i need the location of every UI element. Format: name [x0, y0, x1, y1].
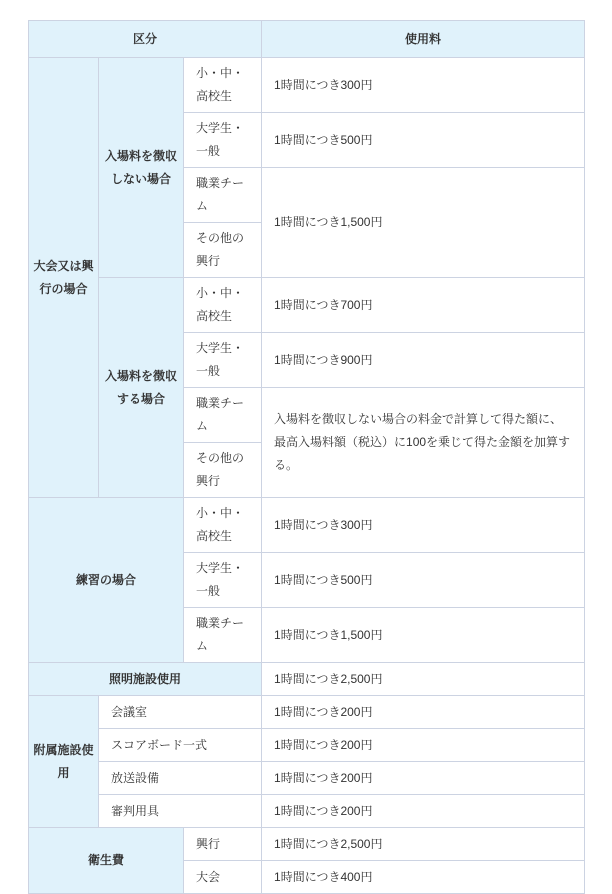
fee-value: 1時間につき300円	[262, 58, 585, 113]
group-label-no-admission: 入場料を徴収しない場合	[99, 58, 184, 278]
page: 区分 使用料 大会又は興行の場合 入場料を徴収しない場合 小・中・高校生 1時間…	[0, 0, 612, 870]
fee-value: 1時間につき500円	[262, 113, 585, 168]
fee-value-note: 入場料を徴収しない場合の料金で計算して得た額に、最高入場料額（税込）に100を乗…	[262, 388, 585, 498]
table-row: スコアボード一式 1時間につき200円	[29, 729, 585, 762]
fee-value: 1時間につき200円	[262, 729, 585, 762]
table-row: 衛生費 興行 1時間につき2,500円	[29, 828, 585, 861]
table-row: 練習の場合 小・中・高校生 1時間につき300円	[29, 498, 585, 553]
section-label-event: 大会又は興行の場合	[29, 58, 99, 498]
table-header-row: 区分 使用料	[29, 21, 585, 58]
event-type-label: 興行	[184, 828, 262, 861]
user-type-label: 小・中・高校生	[184, 498, 262, 553]
facility-label: スコアボード一式	[99, 729, 262, 762]
fee-value: 1時間につき700円	[262, 278, 585, 333]
user-type-label: 小・中・高校生	[184, 278, 262, 333]
section-label-lighting: 照明施設使用	[29, 663, 262, 696]
fee-value: 1時間につき200円	[262, 795, 585, 828]
col-header-category: 区分	[29, 21, 262, 58]
fee-value: 1時間につき300円	[262, 498, 585, 553]
table-row: 大会又は興行の場合 入場料を徴収しない場合 小・中・高校生 1時間につき300円	[29, 58, 585, 113]
table-row: 審判用具 1時間につき200円	[29, 795, 585, 828]
table-row: 附属施設使用 会議室 1時間につき200円	[29, 696, 585, 729]
fee-table-container: 区分 使用料 大会又は興行の場合 入場料を徴収しない場合 小・中・高校生 1時間…	[28, 20, 584, 894]
fee-value: 1時間につき2,500円	[262, 828, 585, 861]
section-label-attached: 附属施設使用	[29, 696, 99, 828]
user-type-label: 職業チーム	[184, 608, 262, 663]
user-type-label: 大学生・一般	[184, 553, 262, 608]
table-row: 入場料を徴収する場合 小・中・高校生 1時間につき700円	[29, 278, 585, 333]
fee-value: 1時間につき1,500円	[262, 608, 585, 663]
table-row: 照明施設使用 1時間につき2,500円	[29, 663, 585, 696]
section-label-practice: 練習の場合	[29, 498, 184, 663]
fee-value: 1時間につき500円	[262, 553, 585, 608]
facility-label: 会議室	[99, 696, 262, 729]
user-type-label: 小・中・高校生	[184, 58, 262, 113]
user-type-label: その他の興行	[184, 443, 262, 498]
user-type-label: その他の興行	[184, 223, 262, 278]
facility-label: 放送設備	[99, 762, 262, 795]
facility-label: 審判用具	[99, 795, 262, 828]
section-label-sanitation: 衛生費	[29, 828, 184, 894]
fee-value: 1時間につき900円	[262, 333, 585, 388]
fee-value: 1時間につき1,500円	[262, 168, 585, 278]
fee-value: 1時間につき400円	[262, 861, 585, 894]
user-type-label: 職業チーム	[184, 388, 262, 443]
fee-value: 1時間につき200円	[262, 696, 585, 729]
event-type-label: 大会	[184, 861, 262, 894]
fee-table: 区分 使用料 大会又は興行の場合 入場料を徴収しない場合 小・中・高校生 1時間…	[28, 20, 585, 894]
user-type-label: 大学生・一般	[184, 333, 262, 388]
group-label-with-admission: 入場料を徴収する場合	[99, 278, 184, 498]
col-header-fee: 使用料	[262, 21, 585, 58]
user-type-label: 職業チーム	[184, 168, 262, 223]
fee-value: 1時間につき2,500円	[262, 663, 585, 696]
table-row: 放送設備 1時間につき200円	[29, 762, 585, 795]
user-type-label: 大学生・一般	[184, 113, 262, 168]
fee-value: 1時間につき200円	[262, 762, 585, 795]
